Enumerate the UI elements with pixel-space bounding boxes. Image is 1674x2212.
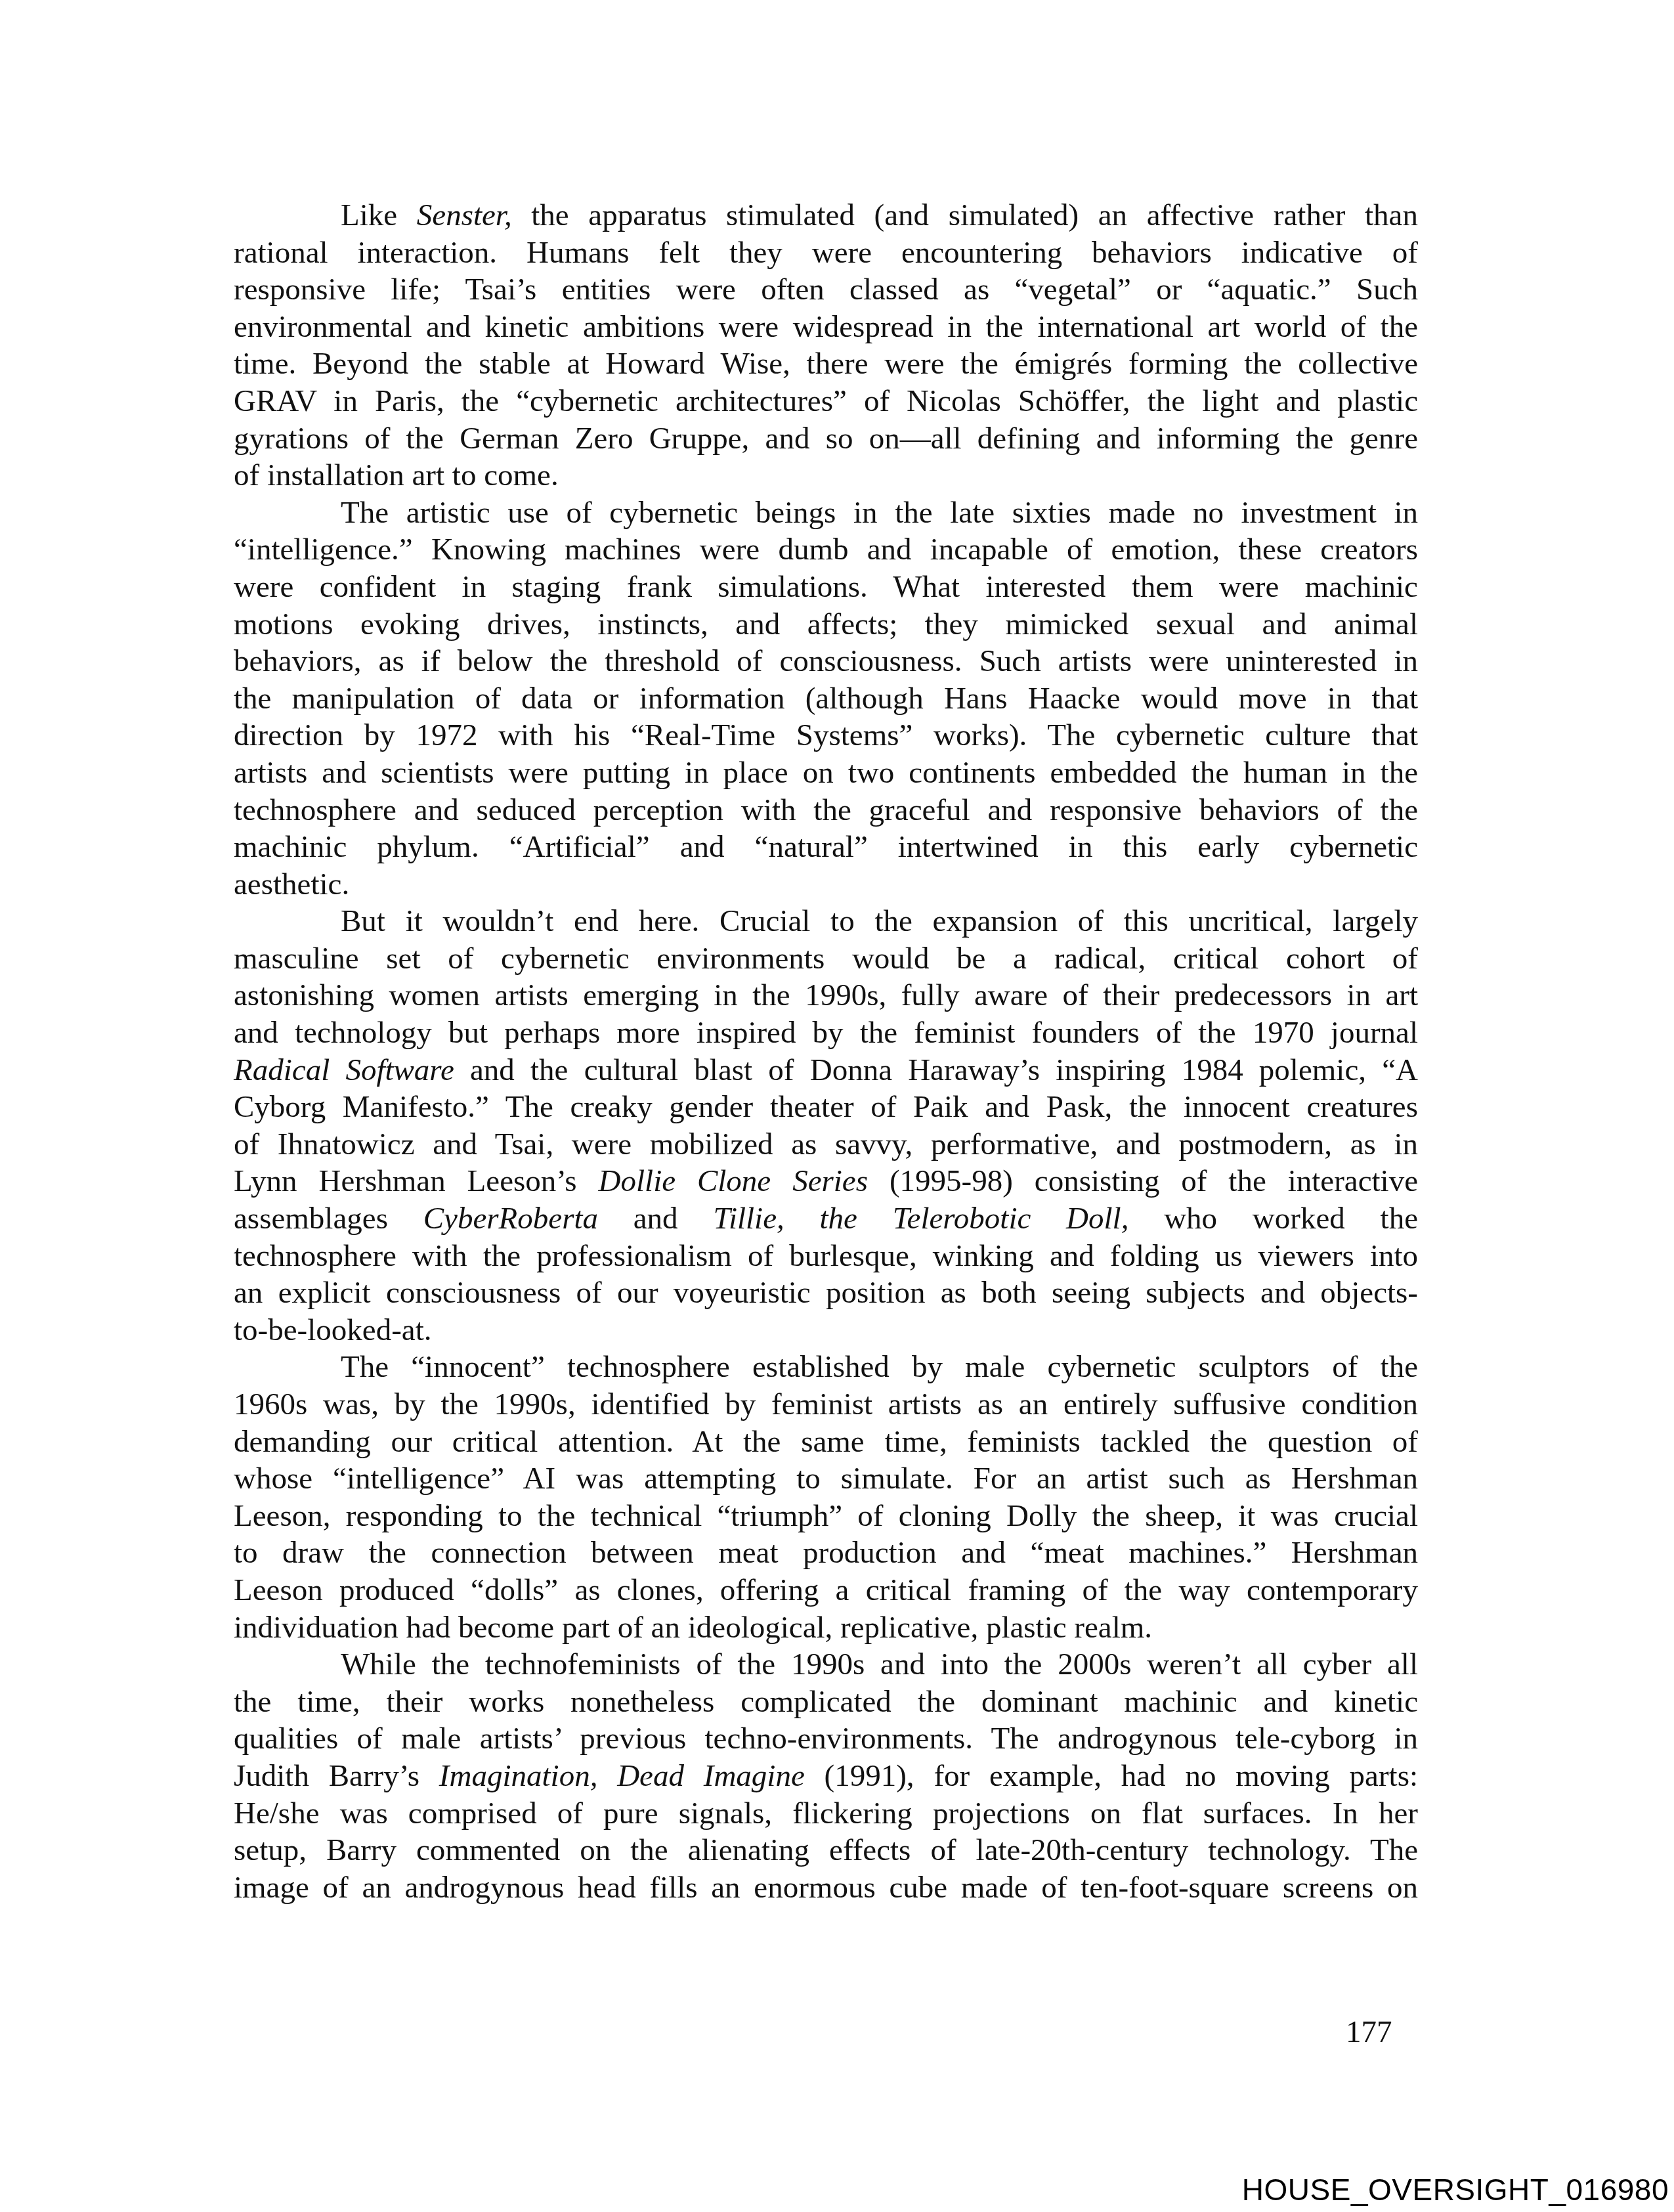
text-line: He/she was comprised of pure signals, fl… [234,1795,1418,1832]
text-line: to draw the connection between meat prod… [234,1534,1418,1572]
text-line: 1960s was, by the 1990s, identified by f… [234,1386,1418,1423]
text-line: gyrations of the German Zero Gruppe, and… [234,420,1418,458]
text-line: assemblages CyberRoberta and Tillie, the… [234,1200,1418,1238]
text-line: astonishing women artists emerging in th… [234,977,1418,1014]
text-line: the manipulation of data or information … [234,680,1418,718]
text-line: the time, their works nonetheless compli… [234,1683,1418,1721]
text-line: technosphere with the professionalism of… [234,1238,1418,1275]
text-line: and technology but perhaps more inspired… [234,1014,1418,1052]
text-line: demanding our critical attention. At the… [234,1423,1418,1461]
text-line: Leeson produced “dolls” as clones, offer… [234,1572,1418,1609]
text-line: of Ihnatowicz and Tsai, were mobilized a… [234,1126,1418,1163]
italic-title: Imagination, Dead Imagine [439,1759,805,1793]
text-line: time. Beyond the stable at Howard Wise, … [234,345,1418,383]
page-number: 177 [1346,2014,1392,2050]
text-line: Judith Barry’s Imagination, Dead Imagine… [234,1758,1418,1795]
text-line: behaviors, as if below the threshold of … [234,643,1418,680]
text-line: “intelligence.” Knowing machines were du… [234,531,1418,569]
text-line: artists and scientists were putting in p… [234,754,1418,792]
text-line: motions evoking drives, instincts, and a… [234,606,1418,643]
italic-title: Radical Software [234,1053,454,1087]
paragraph: Like Senster, the apparatus stimulated (… [234,197,1418,494]
paragraph: But it wouldn’t end here. Crucial to the… [234,903,1418,1349]
text-line: to-be-looked-at. [234,1312,1418,1349]
italic-title: CyberRoberta [423,1202,598,1236]
text-line: of installation art to come. [234,457,1418,494]
body-text: Like Senster, the apparatus stimulated (… [234,197,1418,1906]
italic-title: Dollie Clone Series [599,1164,868,1198]
italic-title: Senster, [417,198,512,232]
text-line: machinic phylum. “Artificial” and “natur… [234,829,1418,866]
italic-title: Tillie, the Telerobotic Doll, [713,1202,1128,1236]
text-line: responsive life; Tsai’s entities were of… [234,271,1418,309]
text-line: The “innocent” technosphere established … [234,1349,1418,1386]
text-line: Cyborg Manifesto.” The creaky gender the… [234,1089,1418,1126]
text-line: individuation had become part of an ideo… [234,1609,1418,1647]
text-line: environmental and kinetic ambitions were… [234,309,1418,346]
document-page: Like Senster, the apparatus stimulated (… [0,0,1674,2212]
text-line: direction by 1972 with his “Real-Time Sy… [234,717,1418,754]
paragraph: The artistic use of cybernetic beings in… [234,494,1418,903]
text-line: qualities of male artists’ previous tech… [234,1720,1418,1758]
text-line: technosphere and seduced perception with… [234,792,1418,829]
text-line: whose “intelligence” AI was attempting t… [234,1460,1418,1498]
text-line: Like Senster, the apparatus stimulated (… [234,197,1418,234]
text-line: The artistic use of cybernetic beings in… [234,494,1418,532]
text-line: But it wouldn’t end here. Crucial to the… [234,903,1418,940]
text-line: aesthetic. [234,866,1418,903]
text-line: setup, Barry commented on the alienating… [234,1832,1418,1869]
paragraph: While the technofeminists of the 1990s a… [234,1646,1418,1906]
text-line: GRAV in Paris, the “cybernetic architect… [234,383,1418,420]
text-line: image of an androgynous head fills an en… [234,1869,1418,1907]
text-line: Lynn Hershman Leeson’s Dollie Clone Seri… [234,1163,1418,1200]
text-line: an explicit consciousness of our voyeuri… [234,1274,1418,1312]
text-line: were confident in staging frank simulati… [234,569,1418,606]
text-line: masculine set of cybernetic environments… [234,940,1418,978]
text-line: Radical Software and the cultural blast … [234,1052,1418,1089]
bates-stamp: HOUSE_OVERSIGHT_016980 [1242,2172,1669,2207]
text-line: While the technofeminists of the 1990s a… [234,1646,1418,1683]
paragraph: The “innocent” technosphere established … [234,1349,1418,1646]
text-line: Leeson, responding to the technical “tri… [234,1498,1418,1535]
text-line: rational interaction. Humans felt they w… [234,234,1418,272]
